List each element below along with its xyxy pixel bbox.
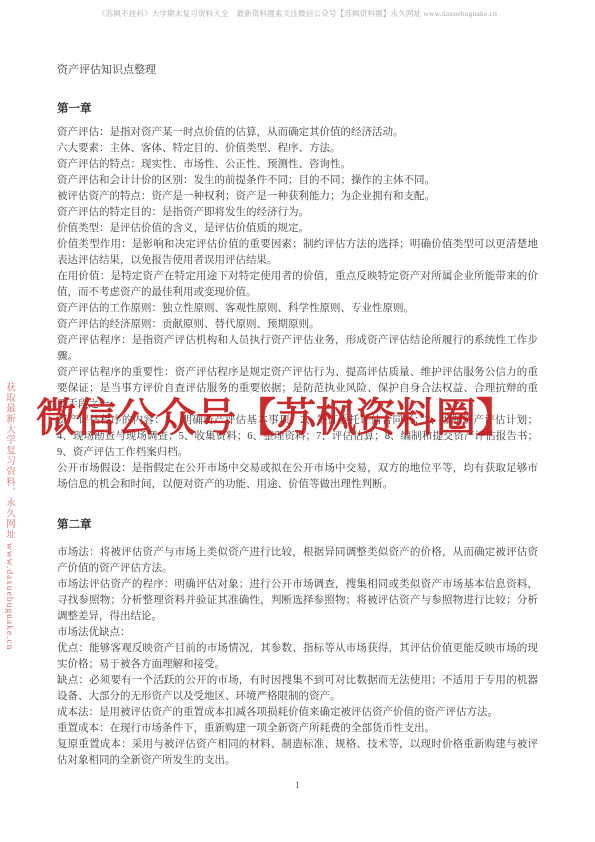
paragraph: 被评估资产的特点：资产是一种权利；资产是一种获利能力；为企业拥有和支配。 <box>57 189 538 205</box>
paragraph: 重置成本：在现行市场条件下，重新购建一项全新资产所耗费的全部货币性支出。 <box>57 721 538 737</box>
paragraph: 缺点：必须要有一个活跃的公开的市场，有时因搜集不到可对比数据而无法使用；不适用于… <box>57 673 538 705</box>
paragraph: 复原重置成本：采用与被评估资产相同的材料、制造标准、规格、技术等，以现时价格重新… <box>57 737 538 769</box>
document-content: 资产评估知识点整理 第一章资产评估：是指对资产某一时点价值的估算，从而确定其价值… <box>57 62 538 769</box>
page-number: 1 <box>0 780 595 790</box>
paragraph: 成本法：是用被评估资产的重置成本扣减各项损耗价值来确定被评估资产价值的资产评估方… <box>57 705 538 721</box>
paragraph: 在用价值：是特定资产在特定用途下对特定使用者的价值，重点反映特定资产对所属企业所… <box>57 269 538 301</box>
paragraph: 资产评估的经济原则：贡献原则、替代原则、预期原则。 <box>57 317 538 333</box>
paragraph: 价值类型：是评估价值的含义，是评估价值质的规定。 <box>57 221 538 237</box>
chapter-heading: 第一章 <box>57 102 538 116</box>
paragraph: 优点：能够客观反映资产目前的市场情况，其参数、指标等从市场获得，其评估价值更能反… <box>57 641 538 673</box>
paragraph: 资产评估程序：是指资产评估机构和人员执行资产评估业务，形成资产评估结论所履行的系… <box>57 333 538 365</box>
paragraph: 资产评估和会计计价的区别：发生的前提条件不同；目的不同；操作的主体不同。 <box>57 173 538 189</box>
paragraph: 市场法优缺点： <box>57 625 538 641</box>
document-title: 资产评估知识点整理 <box>57 62 538 78</box>
paragraph: 资产评估：是指对资产某一时点价值的估算，从而确定其价值的经济活动。 <box>57 125 538 141</box>
chapter-heading: 第二章 <box>57 518 538 532</box>
paragraph: 公开市场假设：是指假定在公开市场中交易或拟在公开市场中交易，双方的地位平等，均有… <box>57 461 538 493</box>
paragraph: 六大要素：主体、客体、特定目的、价值类型、程序、方法。 <box>57 141 538 157</box>
site-header-text: 《苏枫不挂科》大学期末复习资料大全 最新资料搜索关注微信公众号【苏枫资料圈】永久… <box>0 8 595 19</box>
paragraph: 资产评估的特定目的：是指资产即将发生的经济行为。 <box>57 205 538 221</box>
paragraph: 市场法：将被评估资产与市场上类似资产进行比较，根据异同调整类似资产的价格，从而确… <box>57 545 538 577</box>
paragraph: 资产评估的工作原则：独立性原则、客观性原则、科学性原则、专业性原则。 <box>57 301 538 317</box>
document-body: 第一章资产评估：是指对资产某一时点价值的估算，从而确定其价值的经济活动。六大要素… <box>57 102 538 769</box>
paragraph: 资产评估的特点：现实性、市场性、公正性、预测性、咨询性。 <box>57 157 538 173</box>
paragraph: 资产评估程序的重要性：资产评估程序是规定资产评估行为、提高评估质量、维护评估服务… <box>57 365 538 413</box>
left-vertical-watermark: 获取最新大学复习资料，永久网址 www.daxuebuguake.cn <box>2 382 16 638</box>
paragraph: 价值类型作用：是影响和决定评估价值的重要因素；制约评估方法的选择；明确价值类型可… <box>57 237 538 269</box>
document-page: 《苏枫不挂科》大学期末复习资料大全 最新资料搜索关注微信公众号【苏枫资料圈】永久… <box>0 0 595 842</box>
paragraph: 资产评估程序的内容：1、明确资产评估基本事项；2、签订委托评估合同书；3、编制资… <box>57 413 538 461</box>
paragraph: 市场法评估资产的程序：明确评估对象；进行公开市场调查，搜集相同或类似资产市场基本… <box>57 577 538 625</box>
